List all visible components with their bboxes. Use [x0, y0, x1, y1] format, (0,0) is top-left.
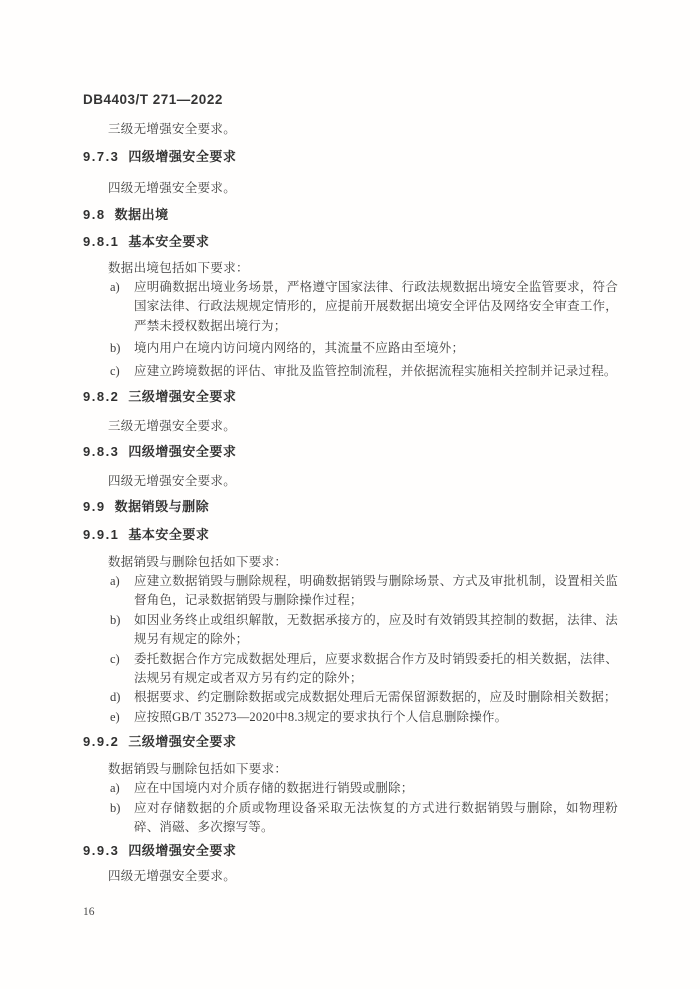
section-number: 9.9.3 — [83, 843, 119, 858]
list-item: b) 如因业务终止或组织解散，无数据承接方的，应及时有效销毁其控制的数据，法律、… — [83, 611, 618, 650]
list-item-text: 应在中国境内对介质存储的数据进行销毁或删除； — [134, 779, 618, 798]
section-heading-9-8-3: 9.8.3四级增强安全要求 — [83, 444, 618, 459]
list-item: c) 应建立跨境数据的评估、审批及监管控制流程，并依据流程实施相关控制并记录过程… — [83, 362, 618, 381]
list-item-text: 应建立数据销毁与删除规程，明确数据销毁与删除场景、方式及审批机制，设置相关监督角… — [134, 572, 618, 611]
section-heading-9-7-3: 9.7.3四级增强安全要求 — [83, 149, 618, 164]
document-page: DB4403/T 271—2022 三级无增强安全要求。 9.7.3四级增强安全… — [0, 0, 700, 989]
list-item: b) 应对存储数据的介质或物理设备采取无法恢复的方式进行数据销毁与删除，如物理粉… — [83, 799, 618, 838]
list-item-text: 应对存储数据的介质或物理设备采取无法恢复的方式进行数据销毁与删除，如物理粉碎、消… — [134, 799, 618, 838]
list-intro: 数据销毁与删除包括如下要求： — [83, 552, 618, 572]
list-item-text: 应按照GB/T 35273—2020中8.3规定的要求执行个人信息删除操作。 — [134, 708, 618, 727]
section-heading-9-9-1: 9.9.1基本安全要求 — [83, 527, 618, 542]
section-title: 基本安全要求 — [128, 527, 209, 542]
list-item-text: 根据要求、约定删除数据或完成数据处理后无需保留源数据的，应及时删除相关数据； — [134, 688, 618, 707]
section-heading-9-8: 9.8数据出境 — [83, 207, 618, 222]
list-item: d) 根据要求、约定删除数据或完成数据处理后无需保留源数据的，应及时删除相关数据… — [83, 688, 618, 707]
section-title: 基本安全要求 — [128, 234, 209, 249]
list-item-text: 如因业务终止或组织解散，无数据承接方的，应及时有效销毁其控制的数据，法律、法规另… — [134, 611, 618, 650]
list-item: a) 应建立数据销毁与删除规程，明确数据销毁与删除场景、方式及审批机制，设置相关… — [83, 572, 618, 611]
paragraph: 四级无增强安全要求。 — [83, 866, 618, 886]
section-number: 9.9.2 — [83, 734, 119, 749]
section-number: 9.8.1 — [83, 234, 119, 249]
list-marker: b) — [83, 611, 134, 630]
list-marker: b) — [83, 339, 134, 358]
list-marker: a) — [83, 278, 134, 297]
paragraph: 三级无增强安全要求。 — [83, 119, 618, 139]
list-marker: b) — [83, 799, 134, 818]
section-number: 9.8.2 — [83, 389, 119, 404]
section-heading-9-8-2: 9.8.2三级增强安全要求 — [83, 389, 618, 404]
paragraph: 四级无增强安全要求。 — [83, 178, 618, 198]
list-item: e) 应按照GB/T 35273—2020中8.3规定的要求执行个人信息删除操作… — [83, 708, 618, 727]
list-marker: c) — [83, 650, 134, 669]
section-number: 9.9.1 — [83, 527, 119, 542]
section-heading-9-9-2: 9.9.2三级增强安全要求 — [83, 734, 618, 749]
section-number: 9.9 — [83, 499, 106, 514]
list-item: a) 应明确数据出境业务场景，严格遵守国家法律、行政法规数据出境安全监管要求，符… — [83, 278, 618, 336]
section-title: 三级增强安全要求 — [128, 734, 236, 749]
document-content: DB4403/T 271—2022 三级无增强安全要求。 9.7.3四级增强安全… — [83, 92, 618, 886]
section-title: 数据销毁与删除 — [115, 499, 210, 514]
list-item-text: 委托数据合作方完成数据处理后，应要求数据合作方及时销毁委托的相关数据，法律、法规… — [134, 650, 618, 689]
section-heading-9-8-1: 9.8.1基本安全要求 — [83, 234, 618, 249]
requirement-list: a) 应在中国境内对介质存储的数据进行销毁或删除； b) 应对存储数据的介质或物… — [83, 779, 618, 837]
section-title: 四级增强安全要求 — [128, 843, 236, 858]
list-marker: a) — [83, 572, 134, 591]
list-intro: 数据出境包括如下要求： — [83, 258, 618, 278]
list-marker: a) — [83, 779, 134, 798]
list-item: c) 委托数据合作方完成数据处理后，应要求数据合作方及时销毁委托的相关数据，法律… — [83, 650, 618, 689]
section-number: 9.7.3 — [83, 149, 119, 164]
section-number: 9.8.3 — [83, 444, 119, 459]
section-title: 四级增强安全要求 — [128, 149, 236, 164]
list-item-text: 境内用户在境内访问境内网络的，其流量不应路由至境外； — [134, 339, 618, 358]
requirement-list: a) 应明确数据出境业务场景，严格遵守国家法律、行政法规数据出境安全监管要求，符… — [83, 278, 618, 381]
section-heading-9-9-3: 9.9.3四级增强安全要求 — [83, 843, 618, 858]
list-marker: c) — [83, 362, 134, 381]
section-heading-9-9: 9.9数据销毁与删除 — [83, 499, 618, 514]
list-marker: d) — [83, 688, 134, 707]
requirement-list: a) 应建立数据销毁与删除规程，明确数据销毁与删除场景、方式及审批机制，设置相关… — [83, 572, 618, 727]
section-title: 数据出境 — [115, 207, 169, 222]
paragraph: 四级无增强安全要求。 — [83, 471, 618, 491]
list-item: a) 应在中国境内对介质存储的数据进行销毁或删除； — [83, 779, 618, 798]
list-marker: e) — [83, 708, 134, 727]
paragraph: 三级无增强安全要求。 — [83, 416, 618, 436]
list-intro: 数据销毁与删除包括如下要求： — [83, 759, 618, 779]
section-number: 9.8 — [83, 207, 106, 222]
doc-code: DB4403/T 271—2022 — [83, 92, 618, 108]
list-item: b) 境内用户在境内访问境内网络的，其流量不应路由至境外； — [83, 339, 618, 358]
section-title: 三级增强安全要求 — [128, 389, 236, 404]
list-item-text: 应明确数据出境业务场景，严格遵守国家法律、行政法规数据出境安全监管要求，符合国家… — [134, 278, 618, 336]
list-item-text: 应建立跨境数据的评估、审批及监管控制流程，并依据流程实施相关控制并记录过程。 — [134, 362, 618, 381]
page-number: 16 — [83, 906, 95, 918]
section-title: 四级增强安全要求 — [128, 444, 236, 459]
